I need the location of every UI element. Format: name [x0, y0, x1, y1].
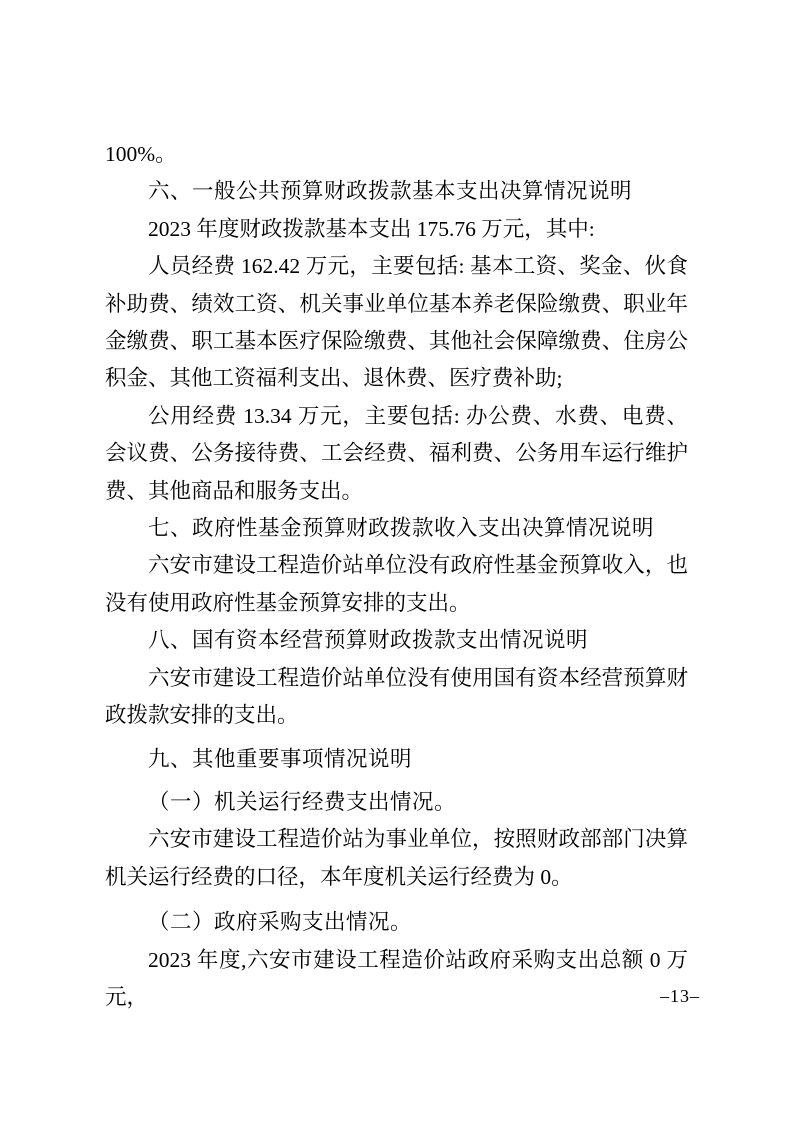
- paragraph-procurement: 2023 年度,六安市建设工程造价站政府采购支出总额 0 万元，: [105, 942, 688, 1017]
- paragraph-operating-expenses: 六安市建设工程造价站为事业单位，按照财政部部门决算机关运行经费的口径，本年度机关…: [105, 821, 688, 896]
- section-heading-basic-expenditure: 六、一般公共预算财政拨款基本支出决算情况说明: [105, 173, 688, 210]
- section-heading-government-funds: 七、政府性基金预算财政拨款收入支出决算情况说明: [105, 510, 688, 547]
- paragraph-government-funds: 六安市建设工程造价站单位没有政府性基金预算收入，也没有使用政府性基金预算安排的支…: [105, 547, 688, 622]
- document-content: 100%。 六、一般公共预算财政拨款基本支出决算情况说明 2023 年度财政拨款…: [105, 136, 688, 1016]
- paragraph-state-capital: 六安市建设工程造价站单位没有使用国有资本经营预算财政拨款安排的支出。: [105, 660, 688, 735]
- paragraph-public-funds: 公用经费 13.34 万元，主要包括: 办公费、水费、电费、会议费、公务接待费、…: [105, 398, 688, 510]
- paragraph-personnel-funds: 人员经费 162.42 万元，主要包括: 基本工资、奖金、伙食补助费、绩效工资、…: [105, 248, 688, 398]
- document-page: 100%。 六、一般公共预算财政拨款基本支出决算情况说明 2023 年度财政拨款…: [0, 0, 793, 1122]
- page-number: –13–: [660, 986, 700, 1007]
- section-heading-state-capital: 八、国有资本经营预算财政拨款支出情况说明: [105, 622, 688, 659]
- paragraph-basic-expenditure-total: 2023 年度财政拨款基本支出 175.76 万元，其中:: [105, 211, 688, 248]
- subsection-heading-operating-expenses: （一）机关运行经费支出情况。: [105, 784, 688, 821]
- section-heading-other-matters: 九、其他重要事项情况说明: [105, 741, 688, 778]
- subsection-heading-procurement: （二）政府采购支出情况。: [105, 904, 688, 941]
- continuation-line: 100%。: [105, 136, 688, 173]
